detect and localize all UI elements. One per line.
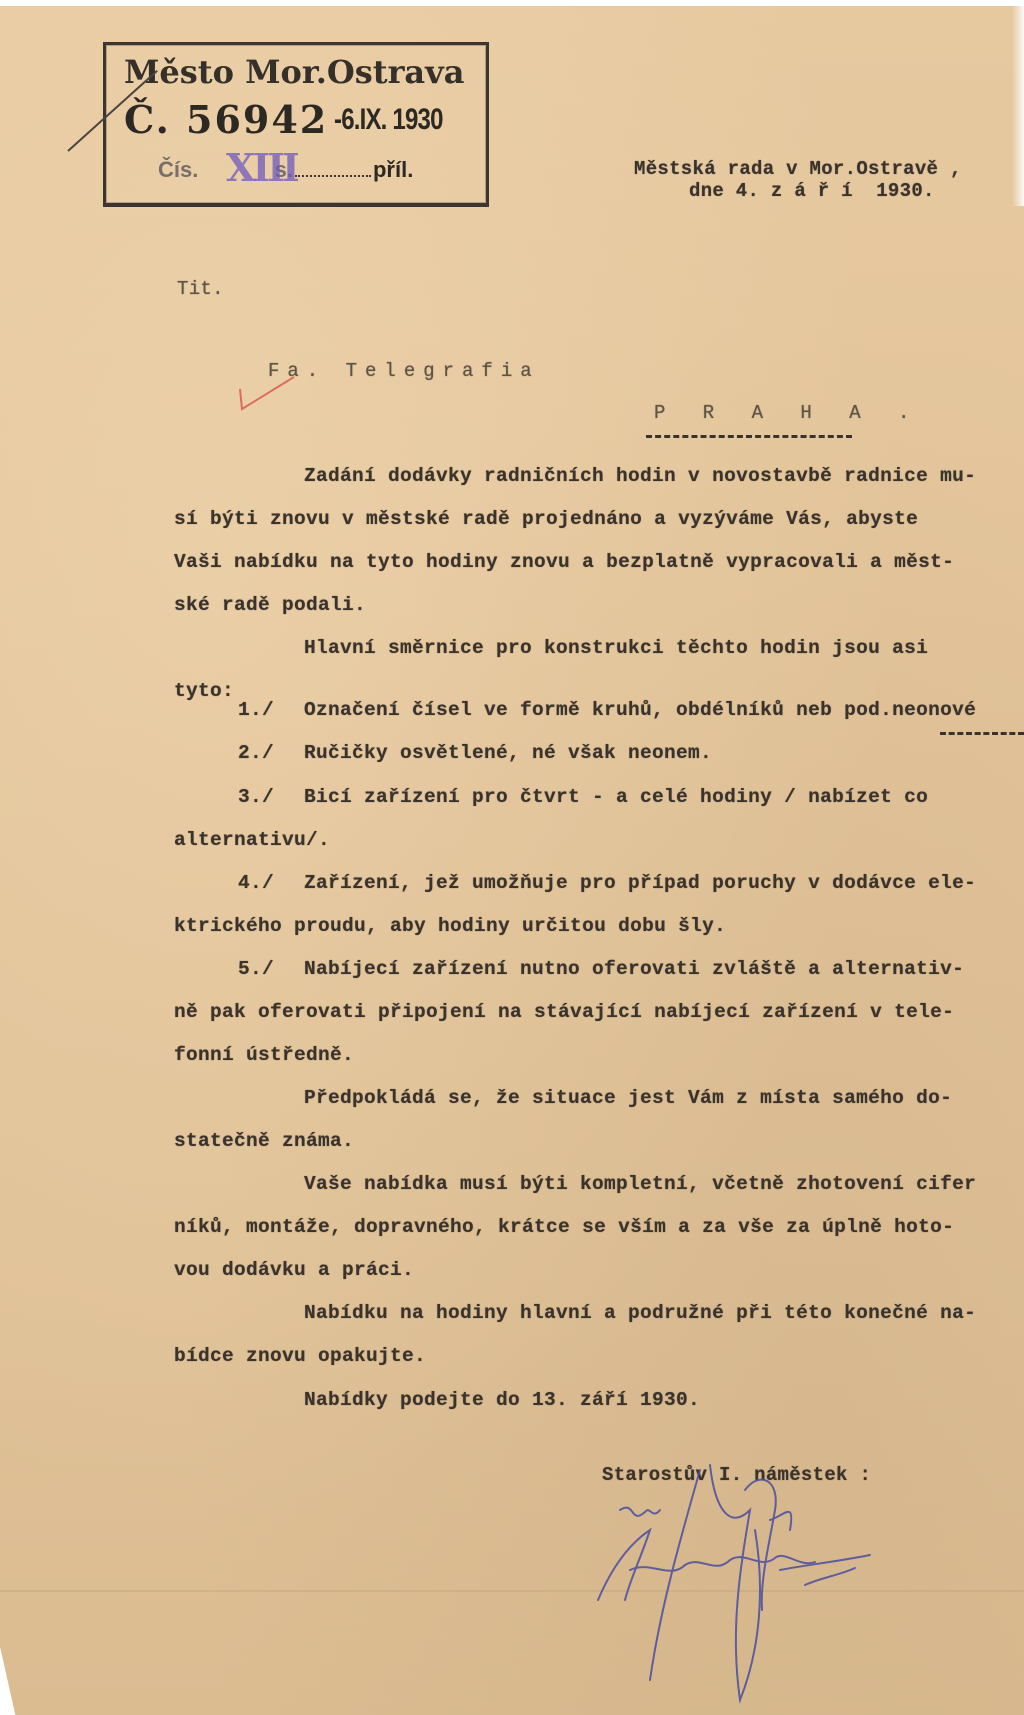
stamp-city: Město Mor.Ostrava	[124, 53, 464, 91]
body-p1-line2: sí býti znovu v městské radě projednáno …	[174, 508, 918, 530]
body-p5-line2: bídce znovu opakujte.	[174, 1345, 426, 1367]
deadline-line: Nabídky podejte do 13. září 1930.	[304, 1389, 700, 1411]
sender-date: dne 4. z á ř í 1930.	[689, 180, 935, 202]
recipient-city: P R A H A .	[654, 402, 922, 424]
body-p2-line2: tyto:	[174, 680, 234, 702]
paper-edge	[1012, 6, 1024, 206]
registry-stamp: Město Mor.Ostrava Č. 56942 -6.IX. 1930 Č…	[103, 42, 489, 207]
item-1-line1: Označení čísel ve formě kruhů, obdélníků…	[304, 699, 976, 721]
body-p2-line1: Hlavní směrnice pro konstrukci těchto ho…	[304, 637, 928, 659]
stamp-cis-label: Čís.	[158, 157, 198, 182]
sender-line: Městská rada v Mor.Ostravě ,	[634, 158, 962, 180]
item-5-line3: fonní ústředně.	[174, 1044, 354, 1066]
item-2-line1: Ručičky osvětlené, né však neonem.	[304, 742, 712, 764]
body-p3-line1: Předpokládá se, že situace jest Vám z mí…	[304, 1087, 952, 1109]
stamp-date: -6.IX. 1930	[334, 103, 443, 137]
item-4-line1: Zařízení, jež umožňuje pro případ poruch…	[304, 872, 976, 894]
item-3-line2: alternativu/.	[174, 829, 330, 851]
item-5-line1: Nabíjecí zařízení nutno oferovati zvlášt…	[304, 958, 964, 980]
handwritten-signature-icon	[590, 1450, 890, 1710]
stamp-number: Č. 56942	[124, 97, 328, 142]
item-1-underline	[940, 732, 1024, 735]
body-p1-line1: Zadání dodávky radničních hodin v novost…	[304, 465, 976, 487]
salutation: Tit.	[177, 278, 224, 300]
stamp-roman-numeral: XIII	[226, 145, 297, 190]
recipient-company: Fa. Telegrafia	[268, 360, 540, 382]
item-2-number: 2./	[238, 742, 274, 764]
body-p4-line2: níků, montáže, dopravného, krátce se vší…	[174, 1216, 954, 1238]
stamp-blank	[295, 175, 371, 177]
body-p1-line4: ské radě podali.	[174, 594, 366, 616]
item-3-line1: Bicí zařízení pro čtvrt - a celé hodiny …	[304, 786, 928, 808]
body-p1-line3: Vaši nabídku na tyto hodiny znovu a bezp…	[174, 551, 954, 573]
item-5-number: 5./	[238, 958, 274, 980]
item-5-line2: ně pak oferovati připojení na stávající …	[174, 1001, 954, 1023]
red-pencil-check-icon	[238, 375, 296, 411]
item-3-number: 3./	[238, 786, 274, 808]
item-4-line2: ktrického proudu, aby hodiny určitou dob…	[174, 915, 726, 937]
city-underline	[646, 435, 852, 438]
item-1-number: 1./	[238, 699, 274, 721]
body-p5-line1: Nabídku na hodiny hlavní a podružné při …	[304, 1302, 976, 1324]
body-p4-line1: Vaše nabídka musí býti kompletní, včetně…	[304, 1173, 976, 1195]
stamp-pril-label: příl.	[373, 157, 413, 182]
item-4-number: 4./	[238, 872, 274, 894]
body-p4-line3: vou dodávku a práci.	[174, 1259, 414, 1281]
body-p3-line2: statečně známa.	[174, 1130, 354, 1152]
